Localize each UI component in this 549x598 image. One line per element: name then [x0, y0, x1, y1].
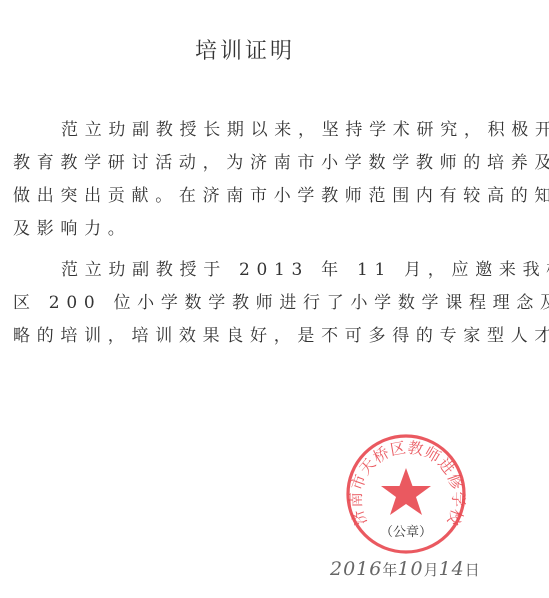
- date-month: 10: [397, 558, 423, 580]
- seal-center-label: （公章）: [380, 524, 432, 540]
- official-seal: 济南市天桥区教师进修学校 （公章）: [344, 432, 468, 556]
- seal-icon: 济南市天桥区教师进修学校 （公章）: [344, 432, 468, 556]
- date-month-unit: 月: [424, 561, 439, 579]
- paragraph-line: 及影响力。: [13, 213, 513, 246]
- paragraph-line: 做出突出贡献。在济南市小学教师范围内有较高的知名度: [13, 180, 513, 213]
- paragraph-2: 范立玏副教授于 2013 年 11 月，应邀来我校为天桥 区 200 位小学数学…: [13, 254, 513, 353]
- paragraph-line: 区 200 位小学数学教师进行了小学数学课程理念及教学策: [13, 287, 513, 320]
- star-icon: [381, 468, 431, 515]
- date-day-unit: 日: [465, 561, 480, 579]
- paragraph-1: 范立玏副教授长期以来，坚持学术研究，积极开展 教育教学研讨活动，为济南市小学数学…: [13, 114, 513, 246]
- date-year: 2016: [330, 558, 382, 580]
- paragraph-line: 教育教学研讨活动，为济南市小学数学教师的培养及培训: [13, 147, 513, 180]
- paragraph-line: 范立玏副教授长期以来，坚持学术研究，积极开展: [13, 114, 513, 147]
- paragraph-line: 范立玏副教授于 2013 年 11 月，应邀来我校为天桥: [13, 254, 513, 287]
- date-year-unit: 年: [382, 561, 397, 579]
- paragraph-line: 略的培训，培训效果良好，是不可多得的专家型人才。: [13, 320, 513, 353]
- document-title: 培训证明: [0, 34, 490, 65]
- signature-date: 2016年10月14日: [330, 558, 480, 580]
- date-day: 14: [439, 558, 465, 580]
